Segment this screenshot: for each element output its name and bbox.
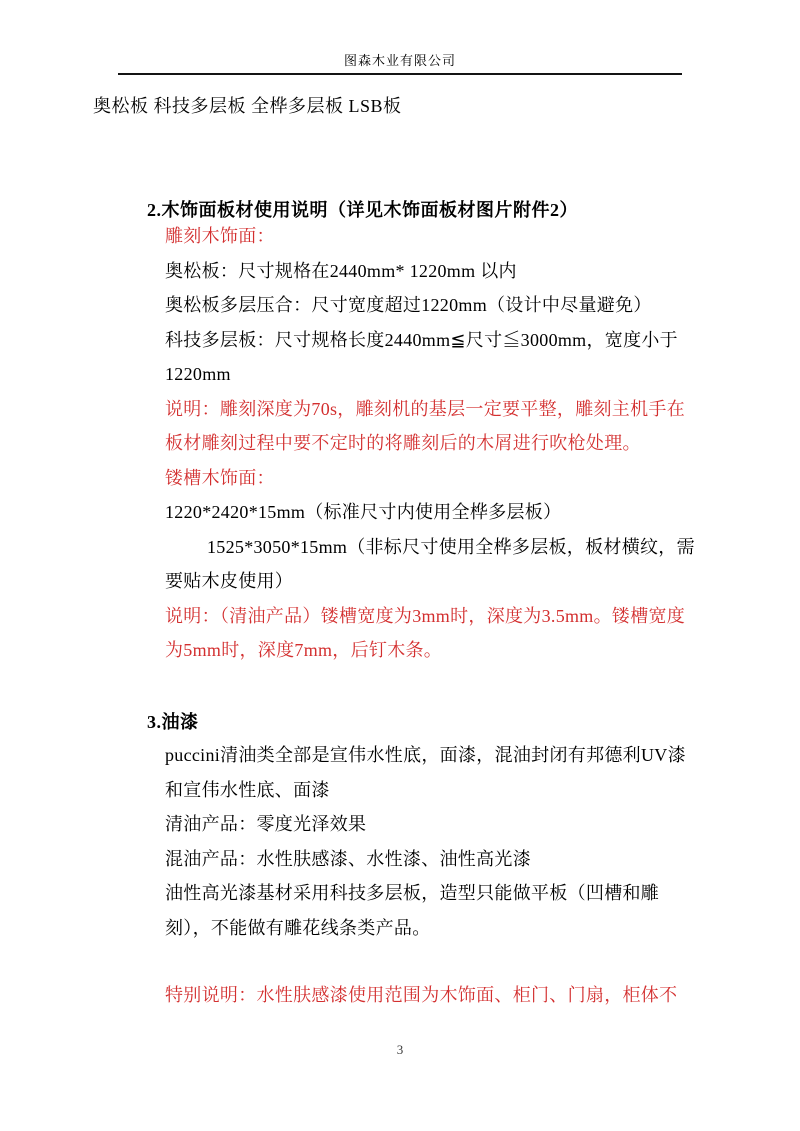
- text-line: 为5mm时，深度7mm，后钉木条。: [165, 633, 695, 668]
- text-line: 1220mm: [165, 357, 695, 392]
- section-3-body: puccini清油类全部是宣伟水性底，面漆，混油封闭有邦德利UV漆和宣伟水性底、…: [165, 738, 686, 945]
- text-line: 1525*3050*15mm（非标尺寸使用全桦多层板，板材横纹，需: [165, 530, 695, 565]
- page-number: 3: [0, 1042, 800, 1058]
- section-2-body: 雕刻木饰面：奥松板：尺寸规格在2440mm* 1220mm 以内奥松板多层压合：…: [165, 219, 695, 668]
- document-page: 图森木业有限公司 奥松板 科技多层板 全桦多层板 LSB板 2.木饰面板材使用说…: [0, 0, 800, 1131]
- text-line: 混油产品：水性肤感漆、水性漆、油性高光漆: [165, 842, 686, 877]
- header-company-name: 图森木业有限公司: [0, 50, 800, 69]
- text-line: 要贴木皮使用）: [165, 564, 695, 599]
- text-line: 科技多层板：尺寸规格长度2440mm≦尺寸≦3000mm，宽度小于: [165, 323, 695, 358]
- board-types-line: 奥松板 科技多层板 全桦多层板 LSB板: [93, 92, 402, 118]
- header-divider-line: [118, 73, 682, 75]
- special-note: 特别说明：水性肤感漆使用范围为木饰面、柜门、门扇，柜体不: [165, 981, 677, 1007]
- text-line: 镂槽木饰面：: [165, 461, 695, 496]
- text-line: 和宣伟水性底、面漆: [165, 773, 686, 808]
- text-line: 刻），不能做有雕花线条类产品。: [165, 911, 686, 946]
- text-line: 说明：（清油产品）镂槽宽度为3mm时，深度为3.5mm。镂槽宽度: [165, 599, 695, 634]
- text-line: 清油产品：零度光泽效果: [165, 807, 686, 842]
- text-line: 1220*2420*15mm（标准尺寸内使用全桦多层板）: [165, 495, 695, 530]
- text-line: 奥松板多层压合：尺寸宽度超过1220mm（设计中尽量避免）: [165, 288, 695, 323]
- section-3-heading: 3.油漆: [147, 708, 199, 734]
- text-line: 雕刻木饰面：: [165, 219, 695, 254]
- text-line: 板材雕刻过程中要不定时的将雕刻后的木屑进行吹枪处理。: [165, 426, 695, 461]
- text-line: puccini清油类全部是宣伟水性底，面漆，混油封闭有邦德利UV漆: [165, 738, 686, 773]
- text-line: 奥松板：尺寸规格在2440mm* 1220mm 以内: [165, 254, 695, 289]
- text-line: 油性高光漆基材采用科技多层板，造型只能做平板（凹槽和雕: [165, 876, 686, 911]
- text-line: 说明：雕刻深度为70s，雕刻机的基层一定要平整，雕刻主机手在: [165, 392, 695, 427]
